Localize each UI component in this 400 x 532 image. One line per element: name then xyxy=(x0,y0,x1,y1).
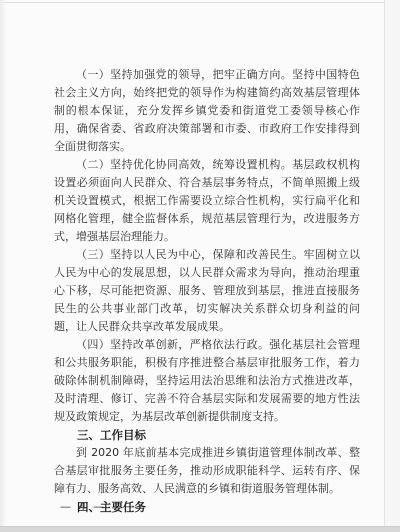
section-heading-work-goals: 三、工作目标 xyxy=(54,426,360,444)
scan-right-edge-line xyxy=(384,0,400,527)
scan-top-edge-line xyxy=(0,2,400,3)
page-number: — 4 — xyxy=(60,500,106,514)
scan-left-edge-shade xyxy=(0,0,7,532)
scan-bottom-edge-band xyxy=(0,526,400,532)
work-goals-paragraph: 到 2020 年底前基本完成推进乡镇街道管理体制改革、整合基层审批服务主要任务，… xyxy=(54,444,360,498)
scanned-document-page: （一）坚持加强党的领导，把牢正确方向。坚持中国特色社会主义方向，始终把党的领导作… xyxy=(0,0,400,532)
principle-paragraph-2: （二）坚持优化协同高效，统筹设置机构。基层政权机构设置必须面向人民群众、符合基层… xyxy=(54,156,360,246)
principle-paragraph-3: （三）坚持以人民为中心，保障和改善民生。牢固树立以人民为中心的发展思想，以人民群… xyxy=(54,246,360,336)
document-body: （一）坚持加强党的领导，把牢正确方向。坚持中国特色社会主义方向，始终把党的领导作… xyxy=(54,66,360,516)
principle-paragraph-1: （一）坚持加强党的领导，把牢正确方向。坚持中国特色社会主义方向，始终把党的领导作… xyxy=(54,66,360,156)
principle-paragraph-4: （四）坚持改革创新，严格依法行政。强化基层社会管理和公共服务职能，积极有序推进整… xyxy=(54,336,360,426)
